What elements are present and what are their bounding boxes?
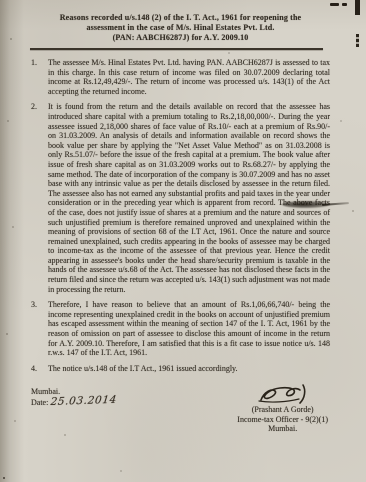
numbered-paragraphs: 1. The assessee M/s. Hinal Estates Pvt. … (31, 58, 330, 373)
paragraph-text: The notice u/s.148 of the I.T Act., 1961… (48, 364, 330, 374)
document-footer: Mumbai. Date: 25.03.2014 (Prashant A Gor… (31, 387, 330, 434)
signatory-name: (Prashant A Gorde) (237, 405, 328, 415)
title-line-2: assessment in the case of M/s. Hinal Est… (31, 23, 330, 33)
paragraph-number: 3. (31, 300, 48, 358)
signature-block: (Prashant A Gorde) Income-tax Officer - … (237, 383, 328, 434)
paragraph-2: 2. It is found from the return and the d… (31, 102, 330, 294)
signatory-title: Income-tax Officer - 9(2)(1) (237, 415, 328, 425)
place-date-block: Mumbai. Date: 25.03.2014 (31, 387, 116, 434)
scanned-document-page: Reasons recorded u/s.148 (2) of the I. T… (0, 0, 366, 482)
document-content: Reasons recorded u/s.148 (2) of the I. T… (0, 0, 366, 482)
title-divider-line (30, 48, 323, 50)
paragraph-3: 3. Therefore, I have reason to believe t… (31, 300, 330, 358)
document-title: Reasons recorded u/s.148 (2) of the I. T… (31, 13, 330, 43)
paragraph-number: 2. (31, 102, 48, 294)
paragraph-text: Therefore, I have reason to believe that… (48, 300, 330, 358)
paragraph-1: 1. The assessee M/s. Hinal Estates Pvt. … (31, 58, 330, 96)
handwritten-date: 25.03.2014 (50, 395, 117, 407)
title-line-3: (PAN: AABCH6287J) for A.Y. 2009.10 (31, 33, 330, 43)
signatory-place: Mumbai. (237, 424, 328, 434)
title-line-1: Reasons recorded u/s.148 (2) of the I. T… (31, 13, 330, 23)
paragraph-4: 4. The notice u/s.148 of the I.T Act., 1… (31, 364, 330, 374)
paragraph-number: 1. (31, 58, 48, 96)
footer-date-line: Date: 25.03.2014 (31, 397, 116, 408)
paragraph-text: The assessee M/s. Hinal Estates Pvt. Ltd… (48, 58, 330, 96)
paragraph-number: 4. (31, 364, 48, 374)
signature-icon (255, 383, 311, 407)
date-label: Date: (31, 398, 48, 407)
paragraph-text: It is found from the return and the deta… (48, 102, 330, 294)
